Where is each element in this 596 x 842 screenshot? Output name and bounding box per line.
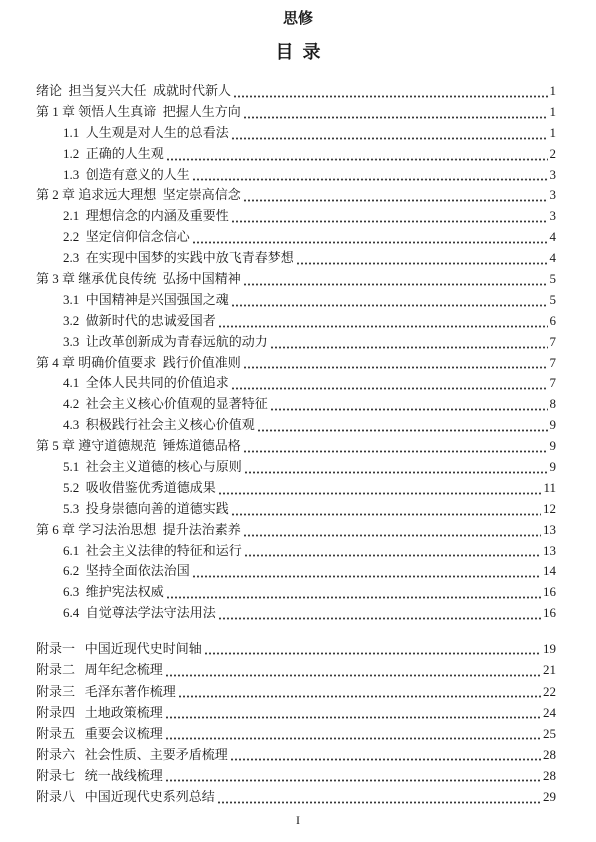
toc-entry: 5.3 投身崇德向善的道德实践12 <box>36 499 556 520</box>
toc-entry-page: 9 <box>550 457 557 478</box>
toc-heading: 目 录 <box>0 38 596 64</box>
toc-entry-label: 2.2 坚定信仰信念信心 <box>63 227 190 248</box>
toc-entry: 第 5 章 遵守道德规范 锤炼道德品格9 <box>36 436 556 457</box>
toc-entry-page: 9 <box>550 415 557 436</box>
toc-dot-leader <box>241 353 550 374</box>
toc-entry-label: 附录三 毛泽东著作梳理 <box>36 681 176 702</box>
toc-entry-page: 29 <box>543 786 556 807</box>
toc-entry-label: 5.2 吸收借鉴优秀道德成果 <box>63 478 216 499</box>
toc-entry-label: 5.3 投身崇德向善的道德实践 <box>63 499 229 520</box>
toc-entry-page: 1 <box>550 102 557 123</box>
toc-entry: 6.3 维护宪法权威16 <box>36 582 556 603</box>
toc-entry-label: 3.3 让改革创新成为青春远航的动力 <box>63 332 268 353</box>
toc-entry-label: 附录二 周年纪念梳理 <box>36 659 163 680</box>
toc-entry: 4.1 全体人民共同的价值追求7 <box>36 373 556 394</box>
toc-entry-page: 9 <box>550 436 557 457</box>
toc-dot-leader <box>163 659 543 680</box>
toc-entry-label: 1.2 正确的人生观 <box>63 144 164 165</box>
toc-entry-label: 4.2 社会主义核心价值观的显著特征 <box>63 394 268 415</box>
toc-dot-leader <box>216 311 550 332</box>
toc-entry-label: 4.3 积极践行社会主义核心价值观 <box>63 415 255 436</box>
toc-entry-page: 2 <box>550 144 557 165</box>
toc-entry-label: 3.1 中国精神是兴国强国之魂 <box>63 290 229 311</box>
toc-dot-leader <box>163 723 543 744</box>
toc-entry: 第 2 章 追求远大理想 坚定崇高信念3 <box>36 185 556 206</box>
toc-entry-page: 16 <box>543 603 556 624</box>
toc-entry: 附录二 周年纪念梳理21 <box>36 659 556 680</box>
toc-entry-page: 22 <box>543 681 556 702</box>
toc-entry-label: 6.3 维护宪法权威 <box>63 582 164 603</box>
toc-dot-leader <box>229 290 550 311</box>
toc-entry: 绪论 担当复兴大任 成就时代新人1 <box>36 81 556 102</box>
toc-entry-label: 4.1 全体人民共同的价值追求 <box>63 373 229 394</box>
toc-entry: 附录五 重要会议梳理25 <box>36 723 556 744</box>
toc-dot-leader <box>190 227 550 248</box>
toc-dot-leader <box>229 206 550 227</box>
toc-entry: 2.3 在实现中国梦的实践中放飞青春梦想4 <box>36 248 556 269</box>
toc-entry-label: 1.3 创造有意义的人生 <box>63 165 190 186</box>
toc-entry-page: 19 <box>543 638 556 659</box>
toc-dot-leader <box>241 269 550 290</box>
toc-dot-leader <box>176 681 543 702</box>
document-page: 思修 目 录 绪论 担当复兴大任 成就时代新人1第 1 章 领悟人生真谛 把握人… <box>0 0 596 842</box>
toc-entry: 1.2 正确的人生观2 <box>36 144 556 165</box>
toc-entry-page: 28 <box>543 744 556 765</box>
toc-entry-label: 附录八 中国近现代史系列总结 <box>36 786 215 807</box>
document-title: 思修 <box>0 7 596 28</box>
toc-entry-page: 24 <box>543 702 556 723</box>
toc-dot-leader <box>216 603 543 624</box>
toc-dot-leader <box>294 248 550 269</box>
toc-entry: 附录四 土地政策梳理24 <box>36 702 556 723</box>
toc-entry-page: 1 <box>550 81 557 102</box>
toc-entry-label: 附录四 土地政策梳理 <box>36 702 163 723</box>
toc-entry: 3.3 让改革创新成为青春远航的动力7 <box>36 332 556 353</box>
toc-dot-leader <box>242 541 543 562</box>
toc-entry: 3.1 中国精神是兴国强国之魂5 <box>36 290 556 311</box>
toc-entry: 3.2 做新时代的忠诚爱国者6 <box>36 311 556 332</box>
toc-entry-page: 7 <box>550 332 557 353</box>
toc-entry-page: 5 <box>550 269 557 290</box>
toc-entry-label: 1.1 人生观是对人生的总看法 <box>63 123 229 144</box>
toc-dot-leader <box>163 702 543 723</box>
toc-dot-leader <box>202 638 543 659</box>
toc-entry-label: 第 1 章 领悟人生真谛 把握人生方向 <box>36 102 241 123</box>
toc-entry-label: 第 5 章 遵守道德规范 锤炼道德品格 <box>36 436 241 457</box>
toc-entry: 4.3 积极践行社会主义核心价值观9 <box>36 415 556 436</box>
toc-dot-leader <box>229 123 550 144</box>
toc-entry-page: 21 <box>543 659 556 680</box>
table-of-contents: 绪论 担当复兴大任 成就时代新人1第 1 章 领悟人生真谛 把握人生方向11.1… <box>36 81 556 808</box>
toc-dot-leader <box>231 81 549 102</box>
toc-entry: 5.1 社会主义道德的核心与原则9 <box>36 457 556 478</box>
toc-entry: 附录三 毛泽东著作梳理22 <box>36 681 556 702</box>
toc-entry-page: 5 <box>550 290 557 311</box>
toc-entry: 第 6 章 学习法治思想 提升法治素养13 <box>36 520 556 541</box>
toc-entry-label: 第 4 章 明确价值要求 践行价值准则 <box>36 353 241 374</box>
toc-entry-page: 7 <box>550 373 557 394</box>
toc-entry: 附录一 中国近现代史时间轴19 <box>36 638 556 659</box>
toc-dot-leader <box>190 561 543 582</box>
toc-entry-label: 5.1 社会主义道德的核心与原则 <box>63 457 242 478</box>
toc-entry-page: 3 <box>550 165 557 186</box>
toc-dot-leader <box>190 165 550 186</box>
toc-entry-page: 7 <box>550 353 557 374</box>
toc-entry: 2.1 理想信念的内涵及重要性3 <box>36 206 556 227</box>
toc-entry-label: 第 2 章 追求远大理想 坚定崇高信念 <box>36 185 241 206</box>
toc-dot-leader <box>242 457 550 478</box>
toc-entry-label: 附录五 重要会议梳理 <box>36 723 163 744</box>
toc-dot-leader <box>241 436 550 457</box>
toc-entry: 4.2 社会主义核心价值观的显著特征8 <box>36 394 556 415</box>
toc-entry-label: 3.2 做新时代的忠诚爱国者 <box>63 311 216 332</box>
toc-chapter-list: 绪论 担当复兴大任 成就时代新人1第 1 章 领悟人生真谛 把握人生方向11.1… <box>36 81 556 624</box>
toc-dot-leader <box>241 520 543 541</box>
toc-entry-label: 6.4 自觉尊法学法守法用法 <box>63 603 216 624</box>
footer-page-number: I <box>0 813 596 828</box>
toc-entry: 2.2 坚定信仰信念信心4 <box>36 227 556 248</box>
toc-dot-leader <box>241 185 550 206</box>
toc-entry-page: 4 <box>550 248 557 269</box>
toc-entry-page: 4 <box>550 227 557 248</box>
toc-entry: 附录六 社会性质、主要矛盾梳理28 <box>36 744 556 765</box>
toc-entry: 1.1 人生观是对人生的总看法1 <box>36 123 556 144</box>
toc-entry: 附录七 统一战线梳理28 <box>36 765 556 786</box>
toc-entry-page: 16 <box>543 582 556 603</box>
toc-dot-leader <box>229 499 543 520</box>
toc-entry: 第 1 章 领悟人生真谛 把握人生方向1 <box>36 102 556 123</box>
toc-entry-page: 28 <box>543 765 556 786</box>
toc-entry-page: 13 <box>543 541 556 562</box>
toc-entry-page: 25 <box>543 723 556 744</box>
toc-dot-leader <box>215 786 543 807</box>
toc-entry-page: 13 <box>543 520 556 541</box>
toc-dot-leader <box>268 332 550 353</box>
toc-entry-label: 2.1 理想信念的内涵及重要性 <box>63 206 229 227</box>
toc-entry-label: 第 6 章 学习法治思想 提升法治素养 <box>36 520 241 541</box>
toc-entry-label: 附录一 中国近现代史时间轴 <box>36 638 202 659</box>
toc-entry-label: 6.1 社会主义法律的特征和运行 <box>63 541 242 562</box>
toc-entry-page: 3 <box>550 206 557 227</box>
toc-entry: 第 4 章 明确价值要求 践行价值准则7 <box>36 353 556 374</box>
toc-entry-page: 1 <box>550 123 557 144</box>
toc-dot-leader <box>268 394 550 415</box>
toc-entry-page: 14 <box>543 561 556 582</box>
toc-entry-page: 8 <box>550 394 557 415</box>
toc-entry: 第 3 章 继承优良传统 弘扬中国精神5 <box>36 269 556 290</box>
toc-entry-label: 绪论 担当复兴大任 成就时代新人 <box>36 81 231 102</box>
toc-entry-page: 6 <box>550 311 557 332</box>
toc-appendix-list: 附录一 中国近现代史时间轴19附录二 周年纪念梳理21附录三 毛泽东著作梳理22… <box>36 638 556 808</box>
toc-entry: 附录八 中国近现代史系列总结29 <box>36 786 556 807</box>
toc-section-gap <box>36 624 556 638</box>
toc-dot-leader <box>216 478 544 499</box>
toc-entry: 1.3 创造有意义的人生3 <box>36 165 556 186</box>
toc-dot-leader <box>228 744 543 765</box>
toc-dot-leader <box>241 102 550 123</box>
toc-entry-label: 6.2 坚持全面依法治国 <box>63 561 190 582</box>
toc-dot-leader <box>164 144 550 165</box>
toc-entry-page: 12 <box>543 499 556 520</box>
toc-entry: 6.4 自觉尊法学法守法用法16 <box>36 603 556 624</box>
toc-entry-label: 附录六 社会性质、主要矛盾梳理 <box>36 744 228 765</box>
toc-entry-label: 附录七 统一战线梳理 <box>36 765 163 786</box>
toc-entry-label: 2.3 在实现中国梦的实践中放飞青春梦想 <box>63 248 294 269</box>
toc-dot-leader <box>255 415 550 436</box>
toc-dot-leader <box>163 765 543 786</box>
toc-entry-label: 第 3 章 继承优良传统 弘扬中国精神 <box>36 269 241 290</box>
toc-entry: 6.2 坚持全面依法治国14 <box>36 561 556 582</box>
toc-entry-page: 3 <box>550 185 557 206</box>
toc-dot-leader <box>229 373 550 394</box>
toc-entry: 6.1 社会主义法律的特征和运行13 <box>36 541 556 562</box>
toc-entry-page: 11 <box>543 478 556 499</box>
toc-dot-leader <box>164 582 543 603</box>
toc-entry: 5.2 吸收借鉴优秀道德成果11 <box>36 478 556 499</box>
